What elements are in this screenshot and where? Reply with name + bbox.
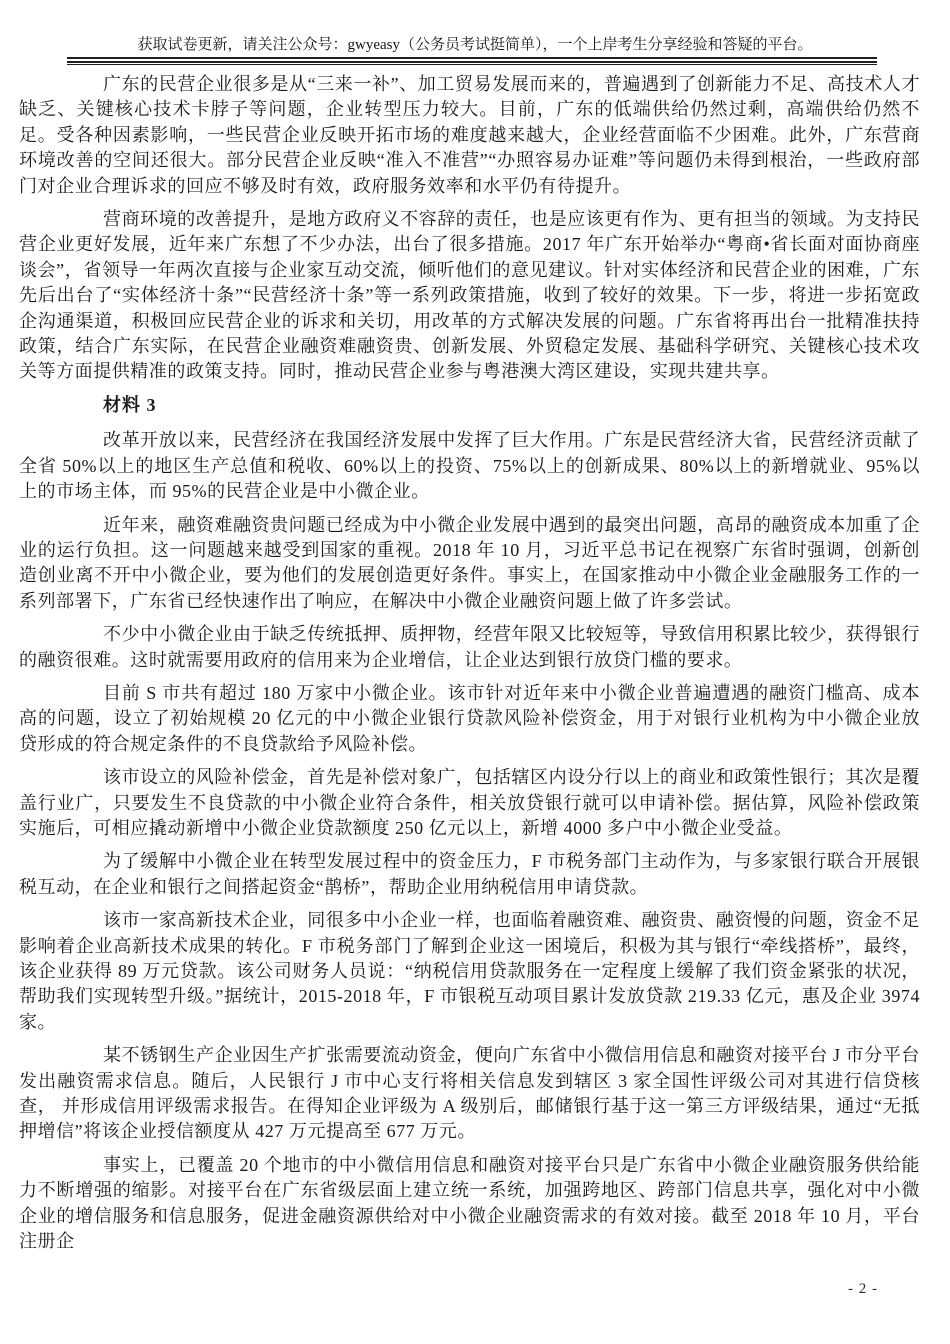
header-divider: [67, 57, 877, 65]
paragraph: 不少中小微企业由于缺乏传统抵押、质押物，经营年限又比较短等，导致信用积累比较少，…: [19, 622, 920, 673]
document-body: 广东的民营企业很多是从“三来一补”、加工贸易发展而来的，普遍遇到了创新能力不足、…: [19, 72, 920, 1262]
paragraph: 某不锈钢生产企业因生产扩张需要流动资金，便向广东省中小微信用信息和融资对接平台 …: [19, 1043, 920, 1145]
paragraph: 为了缓解中小微企业在转型发展过程中的资金压力，F 市税务部门主动作为，与多家银行…: [19, 849, 920, 900]
header-notice: 获取试卷更新，请关注公众号：gwyeasy（公务员考试挺简单），一个上岸考生分享…: [0, 36, 950, 55]
page-number: - 2 -: [848, 1281, 878, 1298]
document-page: 获取试卷更新，请关注公众号：gwyeasy（公务员考试挺简单），一个上岸考生分享…: [0, 0, 950, 1344]
paragraph: 营商环境的改善提升，是地方政府义不容辞的责任，也是应该更有作为、更有担当的领域。…: [19, 207, 920, 385]
divider-line-bottom: [67, 64, 877, 65]
section-heading: 材料 3: [19, 393, 920, 418]
paragraph: 该市一家高新技术企业，同很多中小企业一样，也面临着融资难、融资贵、融资慢的问题，…: [19, 908, 920, 1035]
paragraph: 改革开放以来，民营经济在我国经济发展中发挥了巨大作用。广东是民营经济大省，民营经…: [19, 428, 920, 504]
paragraph: 目前 S 市共有超过 180 万家中小微企业。该市针对近年来中小微企业普遍遭遇的…: [19, 681, 920, 757]
paragraph: 该市设立的风险补偿金，首先是补偿对象广，包括辖区内设分行以上的商业和政策性银行；…: [19, 765, 920, 841]
paragraph: 近年来，融资难融资贵问题已经成为中小微企业发展中遇到的最突出问题，高昂的融资成本…: [19, 513, 920, 615]
paragraph: 广东的民营企业很多是从“三来一补”、加工贸易发展而来的，普遍遇到了创新能力不足、…: [19, 72, 920, 199]
paragraph: 事实上，已覆盖 20 个地市的中小微信用信息和融资对接平台只是广东省中小微企业融…: [19, 1153, 920, 1255]
